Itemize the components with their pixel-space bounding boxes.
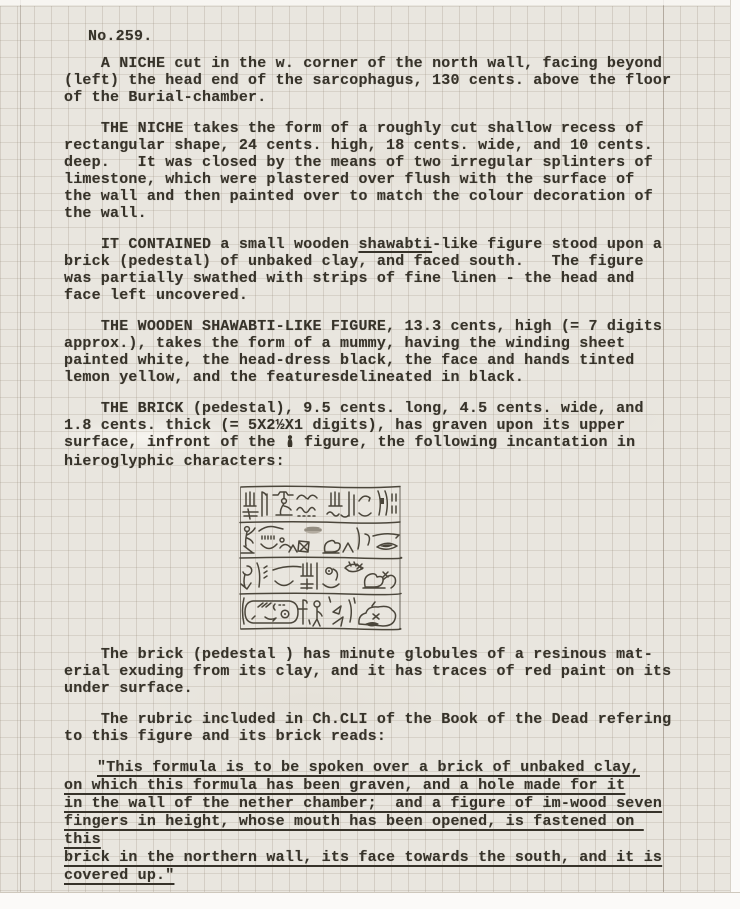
- hieroglyph-row-1: [243, 491, 396, 519]
- paragraph-niche: A NICHE cut in the w. corner of the nort…: [64, 55, 680, 106]
- inscription-frame: [240, 486, 402, 629]
- hieroglyph-inscription-drawing: [237, 484, 403, 632]
- paper-edge-top: [0, 0, 740, 5]
- paragraph-niche-form: THE NICHE takes the form of a roughly cu…: [64, 120, 680, 222]
- hieroglyph-row-4: [243, 597, 396, 627]
- mummy-figure-glyph-icon: [285, 434, 295, 453]
- margin-rule-left: [20, 0, 21, 909]
- typewritten-text-block: No.259. A NICHE cut in the w. corner of …: [64, 28, 680, 899]
- document-number: No.259.: [88, 28, 680, 45]
- paragraph-contained: IT CONTAINED a small wooden shawabti-lik…: [64, 236, 680, 304]
- rubric-quote: "This formula is to be spoken over a bri…: [64, 759, 680, 885]
- document-page: No.259. A NICHE cut in the w. corner of …: [0, 0, 740, 909]
- hieroglyph-row-2: [241, 527, 399, 554]
- paragraph-globules: The brick (pedestal ) has minute globule…: [64, 646, 680, 697]
- paper-edge-right: [730, 0, 740, 909]
- paragraph-wooden-figure: THE WOODEN SHAWABTI-LIKE FIGURE, 13.3 ce…: [64, 318, 680, 386]
- paragraph-contained-pre: IT CONTAINED a small wooden: [64, 236, 358, 253]
- paragraph-brick: THE BRICK (pedestal), 9.5 cents. long, 4…: [64, 400, 680, 470]
- paragraph-rubric-intro: The rubric included in Ch.CLI of the Boo…: [64, 711, 680, 745]
- underlined-word-shawabti: shawabti: [358, 236, 432, 253]
- paper-edge-bottom: [0, 892, 740, 909]
- hieroglyph-row-3: [241, 562, 396, 589]
